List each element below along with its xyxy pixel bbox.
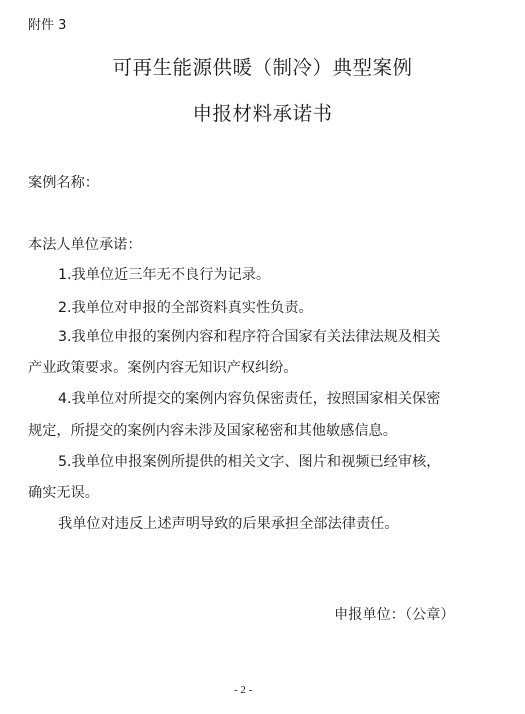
attachment-label: 附件 3: [28, 14, 66, 33]
commitment-4: 4.我单位对所提交的案例内容负保密责任，按照国家相关保密: [58, 388, 440, 408]
commitment-5-continued: 确实无误。: [28, 482, 99, 502]
document-title: 可再生能源供暖（制冷）典型案例: [0, 52, 525, 80]
document-subtitle: 申报材料承诺书: [0, 98, 525, 126]
commitment-1: 1.我单位近三年无不良行为记录。: [58, 264, 270, 284]
commitment-2: 2.我单位对申报的全部资料真实性负责。: [58, 297, 313, 317]
commitment-3-continued: 产业政策要求。案例内容无知识产权纠纷。: [28, 357, 298, 377]
commitment-5: 5.我单位申报案例所提供的相关文字、图片和视频已经审核，: [58, 451, 440, 471]
commitment-4-continued: 规定，所提交的案例内容未涉及国家秘密和其他敏感信息。: [28, 420, 397, 440]
signature-label: 申报单位：（公章）: [334, 604, 455, 624]
commitment-3: 3.我单位申报的案例内容和程序符合国家有关法律法规及相关: [58, 326, 440, 346]
liability-statement: 我单位对违反上述声明导致的后果承担全部法律责任。: [58, 513, 399, 533]
commitment-intro: 本法人单位承诺：: [28, 234, 142, 254]
case-name-label: 案例名称：: [28, 172, 99, 192]
page-number: - 2 -: [234, 684, 252, 696]
